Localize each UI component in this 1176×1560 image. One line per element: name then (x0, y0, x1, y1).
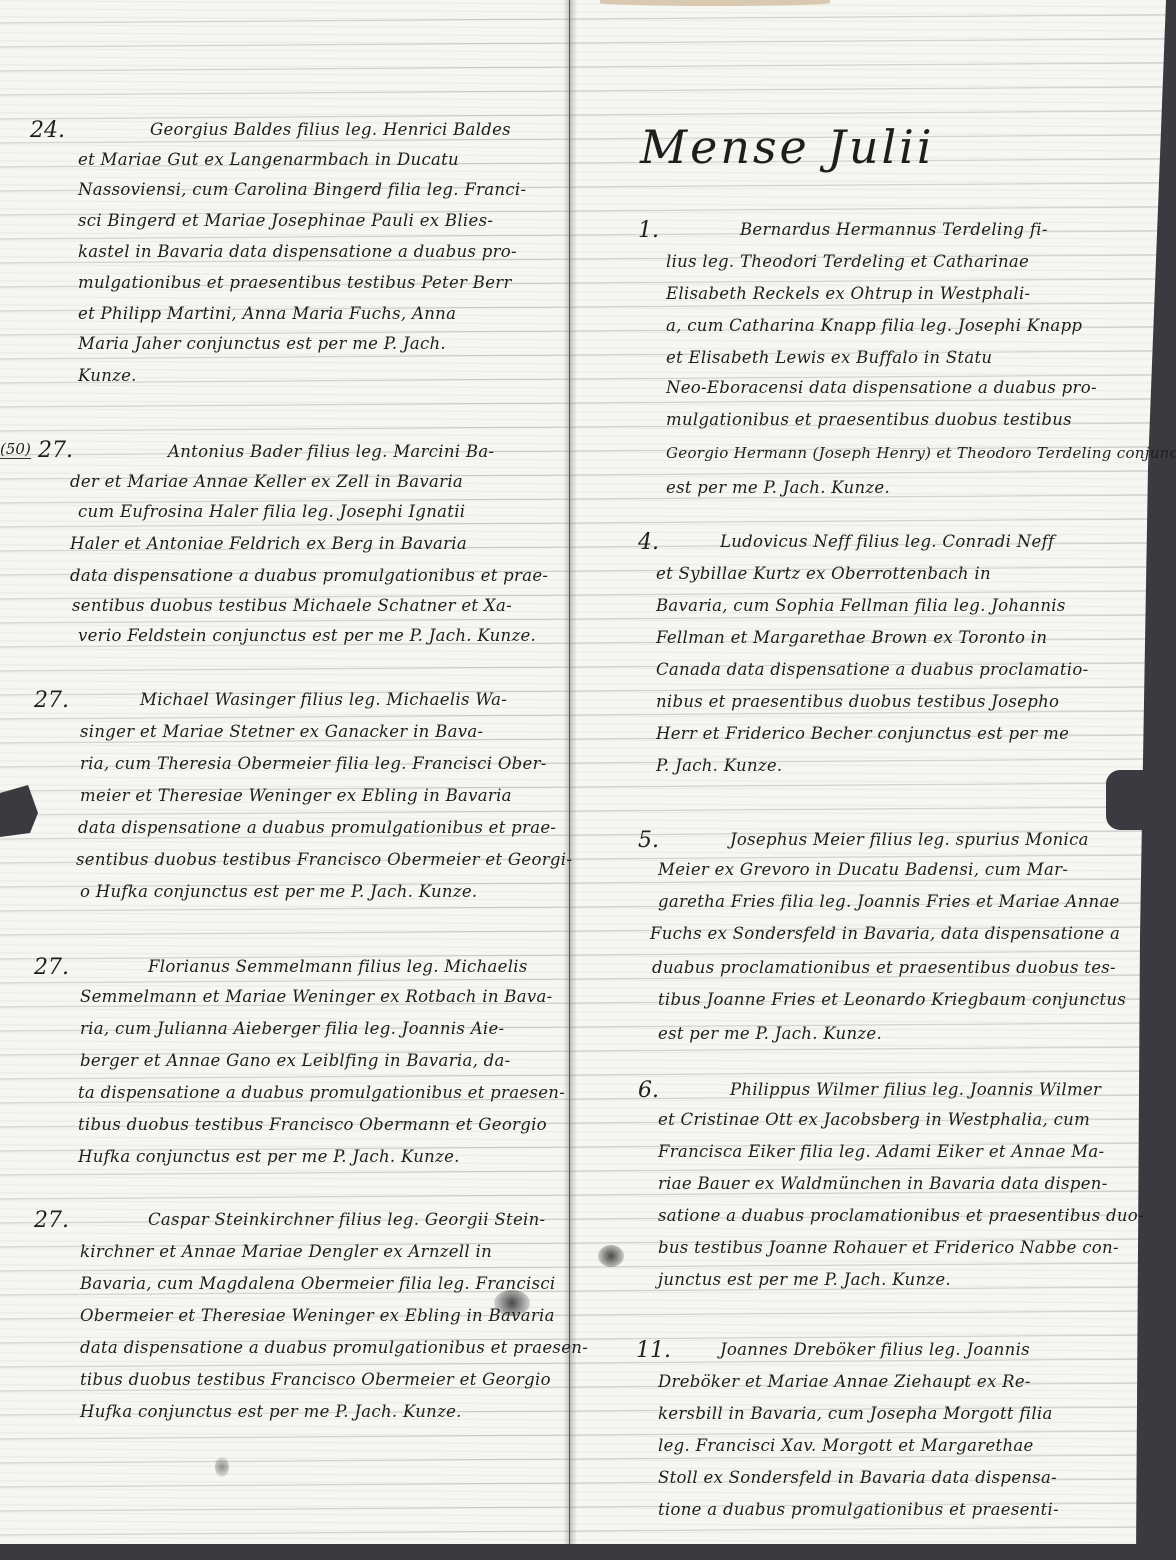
entry-line: Neo-Eboracensi data dispensatione a duab… (666, 378, 1097, 397)
entry-line: Ludovicus Neff filius leg. Conradi Neff (720, 532, 1054, 551)
entry-line: mulgationibus et praesentibus duobus tes… (666, 410, 1072, 429)
entry-line: bus testibus Joanne Rohauer et Friderico… (658, 1238, 1119, 1257)
entry-number: 11. (636, 1338, 671, 1363)
ink-blot (215, 1457, 229, 1477)
entry-line: Francisca Eiker filia leg. Adami Eiker e… (658, 1142, 1104, 1161)
entry-number: 27. (34, 1208, 69, 1233)
entry-line: Fuchs ex Sondersfeld in Bavaria, data di… (650, 924, 1120, 943)
entry-line: sentibus duobus testibus Michaele Schatn… (72, 596, 512, 615)
entry-line: Bavaria, cum Magdalena Obermeier filia l… (80, 1274, 555, 1293)
entry-line: Caspar Steinkirchner filius leg. Georgii… (148, 1210, 545, 1229)
entry-line: tibus Joanne Fries et Leonardo Kriegbaum… (658, 990, 1126, 1009)
entry-line: der et Mariae Annae Keller ex Zell in Ba… (70, 472, 463, 491)
entry-line: Michael Wasinger filius leg. Michaelis W… (140, 690, 507, 709)
entry-line: Maria Jaher conjunctus est per me P. Jac… (78, 334, 446, 353)
entry-number: 24. (30, 118, 65, 143)
entry-line: nibus et praesentibus duobus testibus Jo… (656, 692, 1059, 711)
entry-line: Florianus Semmelmann filius leg. Michael… (148, 957, 528, 976)
entry-line: lius leg. Theodori Terdeling et Catharin… (666, 252, 1029, 271)
entry-number: 27. (38, 438, 73, 463)
scan-bottom-border (0, 1544, 1176, 1560)
entry-line: tibus duobus testibus Francisco Obermeie… (80, 1370, 551, 1389)
entry-line: Haler et Antoniae Feldrich ex Berg in Ba… (70, 534, 467, 553)
entry-line: o Hufka conjunctus est per me P. Jach. K… (80, 882, 477, 901)
entry-line: est per me P. Jach. Kunze. (658, 1024, 882, 1043)
entry-line: tibus duobus testibus Francisco Obermann… (78, 1115, 547, 1134)
entry-line: satione a duabus proclamationibus et pra… (658, 1206, 1144, 1225)
ink-blot (598, 1245, 624, 1267)
entry-line: Hufka conjunctus est per me P. Jach. Kun… (80, 1402, 462, 1421)
entry-line: Fellman et Margarethae Brown ex Toronto … (656, 628, 1047, 647)
entry-line: Bernardus Hermannus Terdeling fi- (740, 220, 1048, 239)
entry-line: garetha Fries filia leg. Joannis Fries e… (658, 892, 1120, 911)
entry-line: a, cum Catharina Knapp filia leg. Joseph… (666, 316, 1082, 335)
entry-number: 5. (638, 828, 659, 853)
entry-line: kersbill in Bavaria, cum Josepha Morgott… (658, 1404, 1053, 1423)
entry-line: duabus proclamationibus et praesentibus … (652, 958, 1116, 977)
entry-line: singer et Mariae Stetner ex Ganacker in … (80, 722, 483, 741)
entry-line: Hufka conjunctus est per me P. Jach. Kun… (78, 1147, 460, 1166)
entry-line: Josephus Meier filius leg. spurius Monic… (730, 830, 1089, 849)
page-gutter (563, 0, 577, 1548)
entry-line: ria, cum Theresia Obermeier filia leg. F… (80, 754, 547, 773)
entry-line: Nassoviensi, cum Carolina Bingerd filia … (78, 180, 526, 199)
entry-line: ria, cum Julianna Aieberger filia leg. J… (80, 1019, 504, 1038)
entry-line: kirchner et Annae Mariae Dengler ex Arnz… (80, 1242, 492, 1261)
scanned-register-spread: 24. Georgius Baldes filius leg. Henrici … (0, 0, 1176, 1560)
entry-line: sentibus duobus testibus Francisco Oberm… (76, 850, 572, 869)
entry-line: Obermeier et Theresiae Weninger ex Eblin… (80, 1306, 555, 1325)
month-heading: Mense Julii (640, 120, 935, 174)
entry-line: junctus est per me P. Jach. Kunze. (658, 1270, 951, 1289)
entry-number: 1. (638, 218, 659, 243)
entry-line: Bavaria, cum Sophia Fellman filia leg. J… (656, 596, 1066, 615)
entry-line: Philippus Wilmer filius leg. Joannis Wil… (730, 1080, 1101, 1099)
entry-number: 6. (638, 1078, 659, 1103)
entry-line: P. Jach. Kunze. (656, 756, 782, 775)
entry-line: Georgio Hermann (Joseph Henry) et Theodo… (666, 444, 1176, 462)
entry-line: verio Feldstein conjunctus est per me P.… (78, 626, 536, 645)
entry-line: riae Bauer ex Waldmünchen in Bavaria dat… (658, 1174, 1108, 1193)
scan-smudge (600, 0, 830, 6)
entry-line: berger et Annae Gano ex Leiblfing in Bav… (80, 1051, 511, 1070)
entry-line: et Mariae Gut ex Langenarmbach in Ducatu (78, 150, 459, 169)
entry-line: Antonius Bader filius leg. Marcini Ba- (168, 442, 494, 461)
entry-line: meier et Theresiae Weninger ex Ebling in… (80, 786, 512, 805)
entry-line: Georgius Baldes filius leg. Henrici Bald… (150, 120, 511, 139)
entry-line: Semmelmann et Mariae Weninger ex Rotbach… (80, 987, 553, 1006)
entry-line: kastel in Bavaria data dispensatione a d… (78, 242, 517, 261)
entry-line: data dispensatione a duabus promulgation… (80, 1338, 588, 1357)
entry-line: est per me P. Jach. Kunze. (666, 478, 890, 497)
entry-number: 4. (638, 530, 659, 555)
entry-line: et Philipp Martini, Anna Maria Fuchs, An… (78, 304, 456, 323)
entry-line: tione a duabus promulgationibus et praes… (658, 1500, 1059, 1519)
entry-number: 27. (34, 955, 69, 980)
entry-number: 27. (34, 688, 69, 713)
entry-line: et Sybillae Kurtz ex Oberrottenbach in (656, 564, 991, 583)
scan-right-tab (1106, 770, 1146, 830)
entry-line: data dispensatione a duabus promulgation… (70, 566, 548, 585)
entry-line: cum Eufrosina Haler filia leg. Josephi I… (78, 502, 465, 521)
scan-left-tab (0, 785, 38, 837)
entry-line: et Elisabeth Lewis ex Buffalo in Statu (666, 348, 992, 367)
entry-line: Kunze. (78, 366, 137, 385)
entry-line: Meier ex Grevoro in Ducatu Badensi, cum … (658, 860, 1068, 879)
entry-line: mulgationibus et praesentibus testibus P… (78, 273, 512, 292)
entry-line: Canada data dispensatione a duabus procl… (656, 660, 1088, 679)
entry-line: Joannes Dreböker filius leg. Joannis (720, 1340, 1030, 1359)
entry-line: Herr et Friderico Becher conjunctus est … (656, 724, 1069, 743)
entry-line: Dreböker et Mariae Annae Ziehaupt ex Re- (658, 1372, 1031, 1391)
margin-note: (50) (0, 440, 31, 459)
entry-line: et Cristinae Ott ex Jacobsberg in Westph… (658, 1110, 1090, 1129)
entry-line: Stoll ex Sondersfeld in Bavaria data dis… (658, 1468, 1057, 1487)
entry-line: leg. Francisci Xav. Morgott et Margareth… (658, 1436, 1034, 1455)
entry-line: ta dispensatione a duabus promulgationib… (78, 1083, 565, 1102)
entry-line: sci Bingerd et Mariae Josephinae Pauli e… (78, 211, 493, 230)
entry-line: Elisabeth Reckels ex Ohtrup in Westphali… (666, 284, 1030, 303)
entry-line: data dispensatione a duabus promulgation… (78, 818, 556, 837)
